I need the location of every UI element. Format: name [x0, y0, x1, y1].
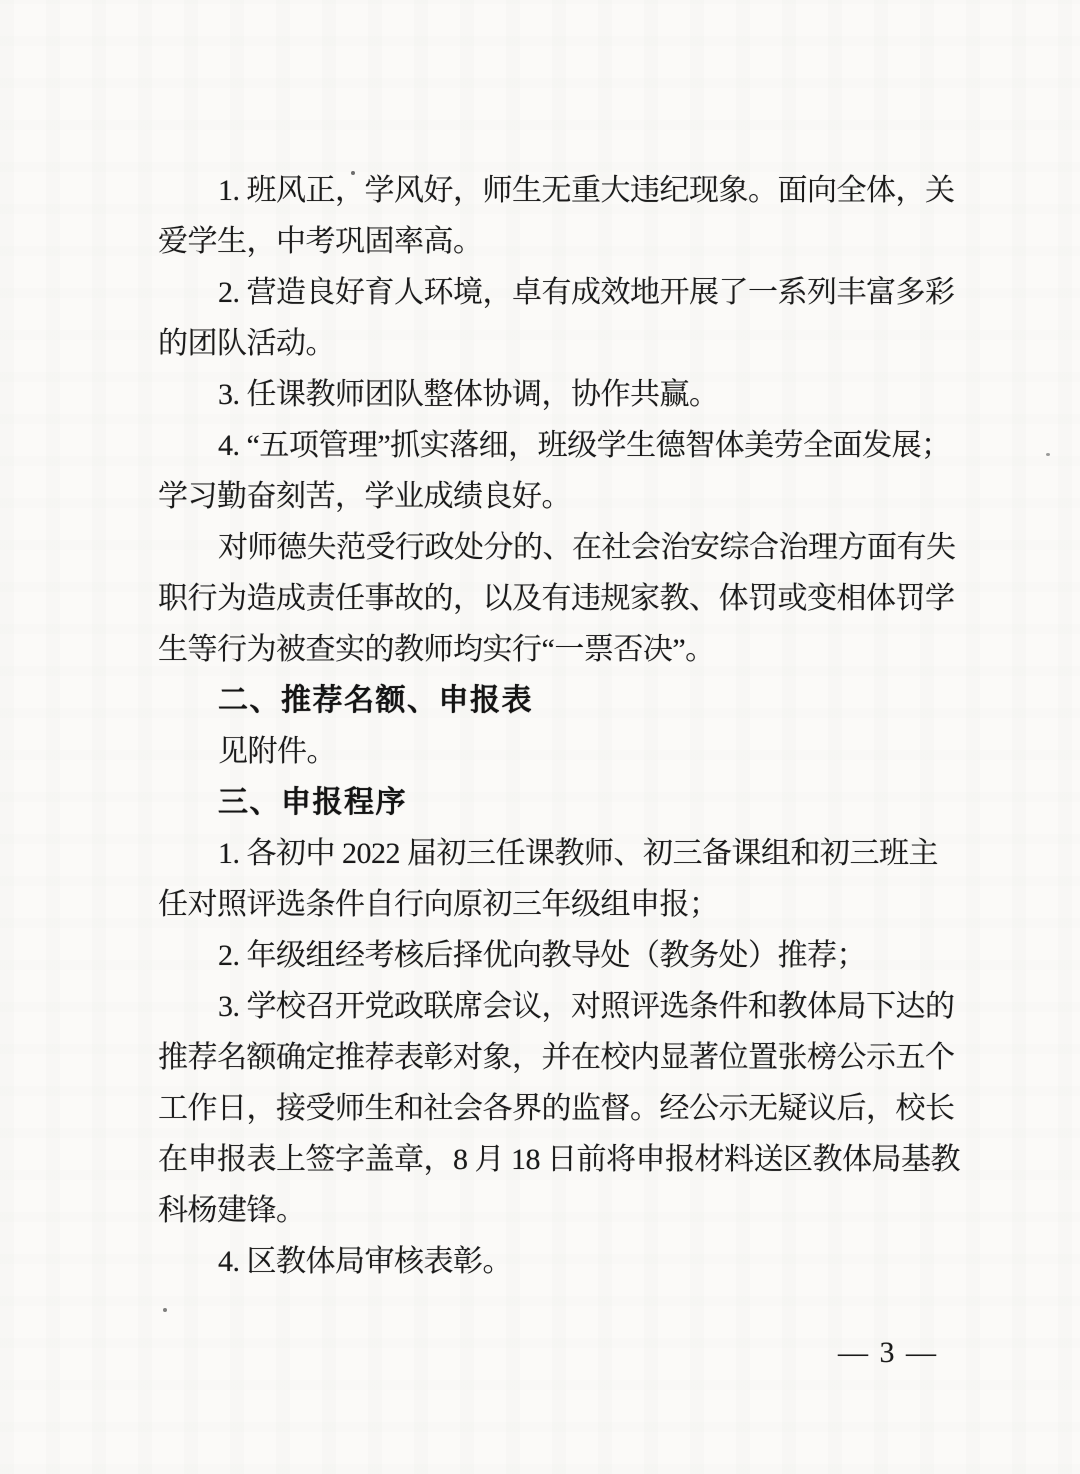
- text-line: 学习勤奋刻苦，学业成绩良好。: [158, 471, 958, 522]
- text-line: 的团队活动。: [158, 318, 958, 369]
- text-line: 对师德失范受行政处分的、在社会治安综合治理方面有失: [158, 522, 958, 573]
- section-heading-application-procedure: 三、申报程序: [158, 777, 958, 828]
- text-line: 3. 学校召开党政联席会议，对照评选条件和教体局下达的: [158, 981, 958, 1032]
- document-body: 1. 班风正，学风好，师生无重大违纪现象。面向全体，关 爱学生，中考巩固率高。 …: [158, 165, 958, 1287]
- text-line: 职行为造成责任事故的，以及有违规家教、体罚或变相体罚学: [158, 573, 958, 624]
- text-line: 工作日，接受师生和社会各界的监督。经公示无疑议后，校长: [158, 1083, 958, 1134]
- text-line: 任对照评选条件自行向原初三年级组申报；: [158, 879, 958, 930]
- text-line: 3. 任课教师团队整体协调，协作共赢。: [158, 369, 958, 420]
- text-line: 4. 区教体局审核表彰。: [158, 1236, 958, 1287]
- text-line: 推荐名额确定推荐表彰对象，并在校内显著位置张榜公示五个: [158, 1032, 958, 1083]
- section-heading-recommendation-quota: 二、推荐名额、申报表: [158, 675, 958, 726]
- text-line: 见附件。: [158, 726, 958, 777]
- text-line: 2. 年级组经考核后择优向教导处（教务处）推荐；: [158, 930, 958, 981]
- text-line: 4. “五项管理”抓实落细，班级学生德智体美劳全面发展；: [158, 420, 958, 471]
- text-line: 1. 班风正，学风好，师生无重大违纪现象。面向全体，关: [158, 165, 958, 216]
- text-line: 生等行为被查实的教师均实行“一票否决”。: [158, 624, 958, 675]
- text-line: 在申报表上签字盖章，8 月 18 日前将申报材料送区教体局基教: [158, 1134, 958, 1185]
- scan-speck: [1046, 453, 1050, 456]
- text-line: 1. 各初中 2022 届初三任课教师、初三备课组和初三班主: [158, 828, 958, 879]
- scan-speck: [351, 171, 355, 175]
- text-line: 科杨建锋。: [158, 1185, 958, 1236]
- page-number: — 3 —: [828, 1333, 948, 1373]
- text-line: 2. 营造良好育人环境，卓有成效地开展了一系列丰富多彩: [158, 267, 958, 318]
- document-page: 1. 班风正，学风好，师生无重大违纪现象。面向全体，关 爱学生，中考巩固率高。 …: [0, 0, 1080, 1474]
- scan-speck: [163, 1308, 167, 1312]
- text-line: 爱学生，中考巩固率高。: [158, 216, 958, 267]
